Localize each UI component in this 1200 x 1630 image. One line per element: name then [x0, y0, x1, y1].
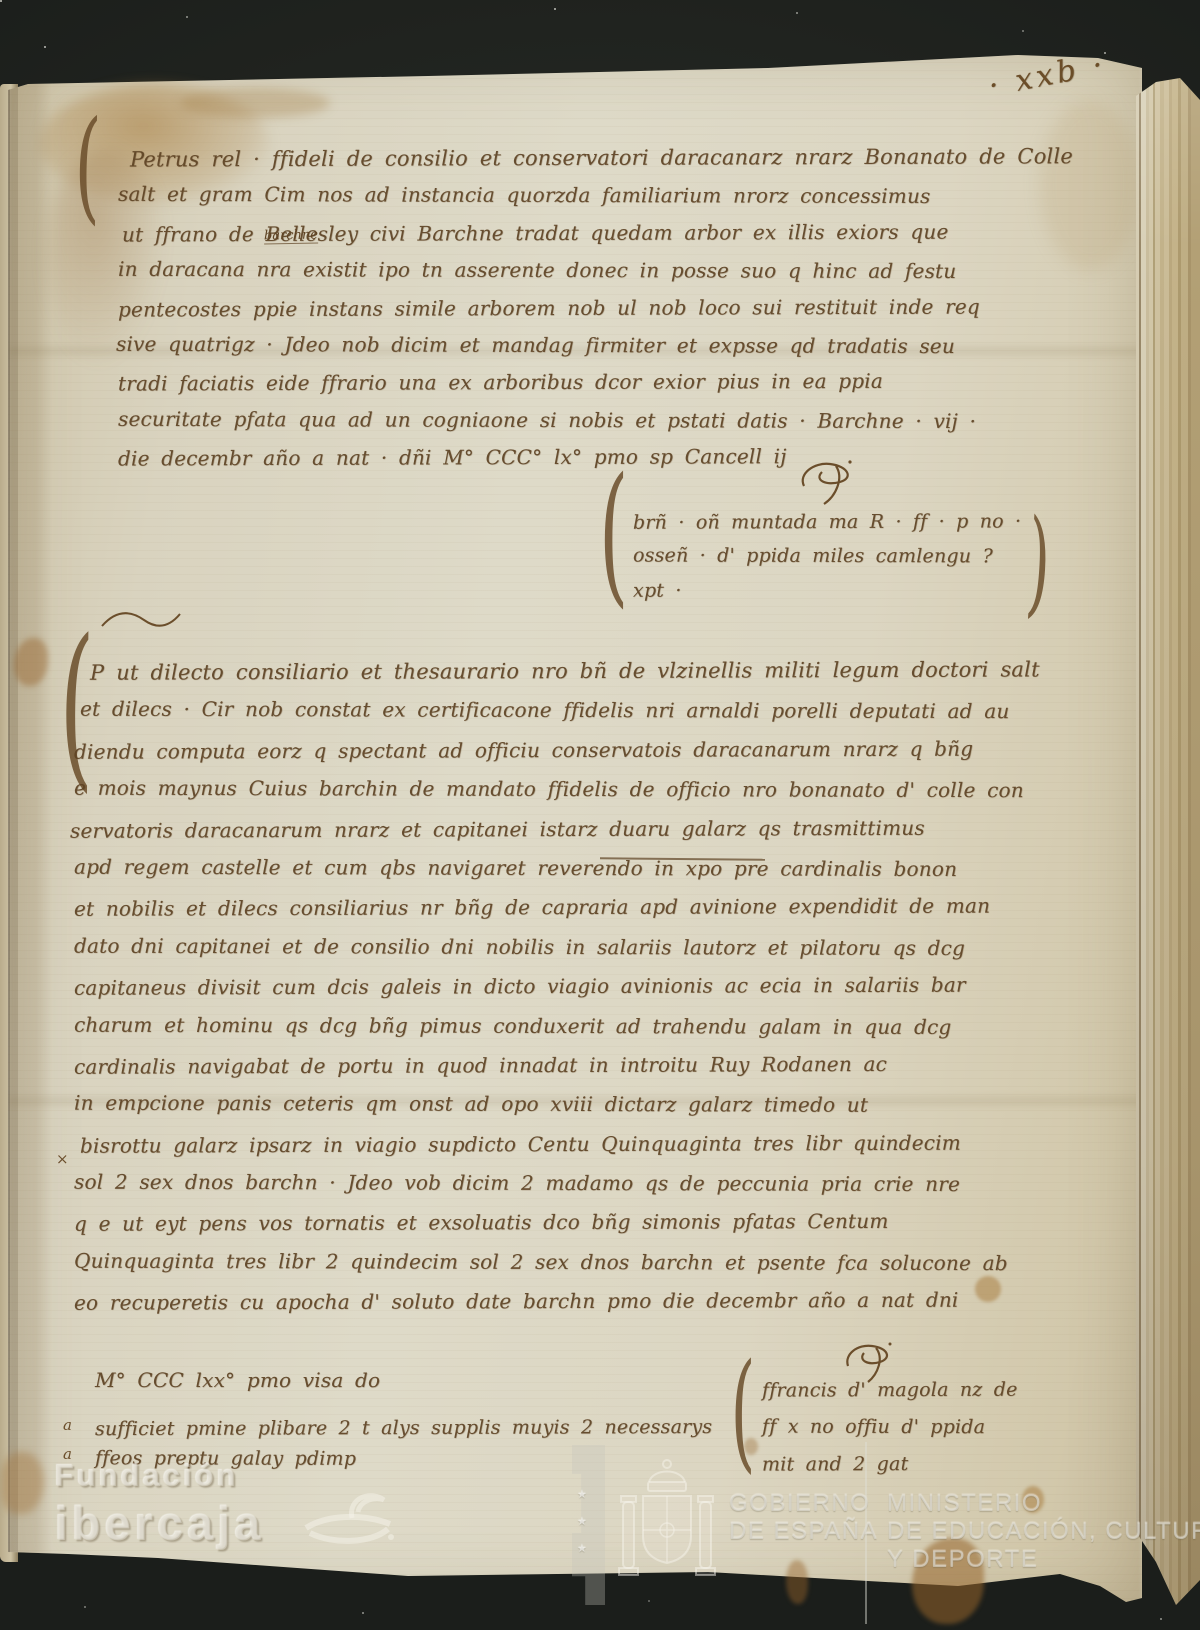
- manuscript-line: ffrancis d' magola nz de: [762, 1371, 1072, 1409]
- manuscript-line: eo recuperetis cu apocha d' soluto date …: [74, 1280, 1084, 1323]
- watermark-government: ★ ★ ★ GOBIERNO DE ESPAÑA MINISTERIO DE E…: [565, 1438, 1185, 1630]
- watermark-ibercaja-line2: ibercaja: [55, 1496, 265, 1551]
- star-icon: ★: [577, 1515, 587, 1528]
- manuscript-line: et dilecs · Cir nob constat ex certifica…: [80, 690, 1084, 732]
- interlinear-note: barchne: [264, 228, 318, 245]
- manuscript-line: cardinalis navigabat de portu in quod in…: [74, 1044, 1084, 1087]
- ministerio-line2: DE EDUCACIÓN, CULTURA: [887, 1518, 1200, 1546]
- watermark-ibercaja: Fundación ibercaja: [55, 1458, 265, 1551]
- dust-specks: [0, 0, 2, 2]
- manuscript-line: diendu computa eorz q spectant ad offici…: [74, 729, 1084, 772]
- manuscript-line: et nobilis et dilecs consiliarius nr bñg…: [74, 887, 1084, 930]
- stain-top-edge: [180, 88, 330, 118]
- paragraph-1: Petrus rel · ffideli de consilio et cons…: [118, 140, 998, 477]
- manuscript-line: charum et hominu qs dcg bñg pimus condux…: [74, 1005, 1084, 1047]
- manuscript-line: sive quatrigz · Jdeo nob dicim et mandag…: [116, 326, 998, 366]
- photo-backdrop: · xxb · ( Petrus rel · ffideli de consil…: [0, 0, 1200, 1630]
- star-icon: ★: [577, 1488, 587, 1501]
- manuscript-line: osseñ · d' ppida miles camlengu ?: [633, 538, 1053, 573]
- watermark-ibercaja-line1: Fundación: [55, 1458, 265, 1494]
- manuscript-line: ut ffrano de Bellesley civi Barchne trad…: [122, 213, 998, 253]
- manuscript-line: sol 2 sex dnos barchn · Jdeo vob dicim 2…: [74, 1163, 1084, 1205]
- manuscript-line: securitate pfata qua ad un cogniaone si …: [118, 401, 998, 441]
- gobierno-line2: DE ESPAÑA: [729, 1518, 878, 1546]
- margin-mark: a: [63, 1416, 72, 1434]
- manuscript-line: salt et gram Cim nos ad instancia quorzd…: [118, 176, 998, 216]
- manuscript-line: bisrottu galarz ipsarz in viagio supdict…: [80, 1123, 1084, 1166]
- ministerio-line3: Y DEPORTE: [887, 1546, 1200, 1574]
- manuscript-line: Petrus rel · ffideli de consilio et cons…: [130, 138, 998, 178]
- star-icon: ★: [577, 1542, 587, 1555]
- manuscript-line: q e ut eyt pens vos tornatis et exsoluat…: [74, 1202, 1084, 1245]
- manuscript-line: servatoris daracanarum nrarz et capitane…: [70, 808, 1084, 851]
- watermark-ministerio-text: MINISTERIO DE EDUCACIÓN, CULTURA Y DEPOR…: [887, 1490, 1200, 1574]
- manuscript-line: apd regem castelle et cum qbs navigaret …: [74, 848, 1084, 890]
- paragraph-2: P ut dilecto consiliario et thesaurario …: [74, 652, 1084, 1322]
- ibercaja-logo-icon: [300, 1486, 400, 1548]
- book-fore-edge: [1136, 60, 1200, 1630]
- manuscript-line: in empcione panis ceteris qm onst ad opo…: [74, 1084, 1084, 1126]
- manuscript-line: dato dni capitanei et de consilio dni no…: [74, 926, 1084, 968]
- manuscript-line: in daracana nra existit ipo tn asserente…: [118, 251, 998, 291]
- manuscript-line: brñ · oñ muntada ma R · ff · p no ·: [633, 504, 1053, 539]
- stain-right-top: [1040, 100, 1140, 270]
- ministerio-line1: MINISTERIO: [887, 1490, 1200, 1518]
- opening-bracket-signature-1: (: [599, 458, 629, 610]
- notarial-paraph-icon: [796, 452, 876, 508]
- spain-coat-of-arms-icon: [617, 1456, 717, 1616]
- manuscript-line: tradi faciatis eide ffrario una ex arbor…: [118, 363, 998, 403]
- gobierno-line1: GOBIERNO: [729, 1490, 878, 1518]
- paragraph-2-final-line: M° CCC lxx° pmo visa do: [95, 1368, 475, 1392]
- watermark-divider: [865, 1442, 867, 1624]
- wavy-flourish-icon: [100, 606, 182, 634]
- manuscript-line: xpt ·: [633, 572, 1053, 607]
- manuscript-line: capitaneus divisit cum dcis galeis in di…: [74, 965, 1084, 1008]
- margin-mark: ×: [56, 1150, 69, 1168]
- watermark-gobierno-text: GOBIERNO DE ESPAÑA: [729, 1490, 878, 1546]
- manuscript-line: P ut dilecto consiliario et thesaurario …: [90, 650, 1084, 693]
- manuscript-line: e mois maynus Cuius barchin de mandato f…: [74, 769, 1084, 811]
- signature-block-1: brñ · oñ muntada ma R · ff · p no ·osseñ…: [633, 505, 1053, 607]
- manuscript-line: Quinquaginta tres libr 2 quindecim sol 2…: [74, 1242, 1084, 1284]
- manuscript-line: pentecostes ppie instans simile arborem …: [118, 288, 998, 328]
- opening-bracket-paragraph-1: (: [74, 103, 103, 227]
